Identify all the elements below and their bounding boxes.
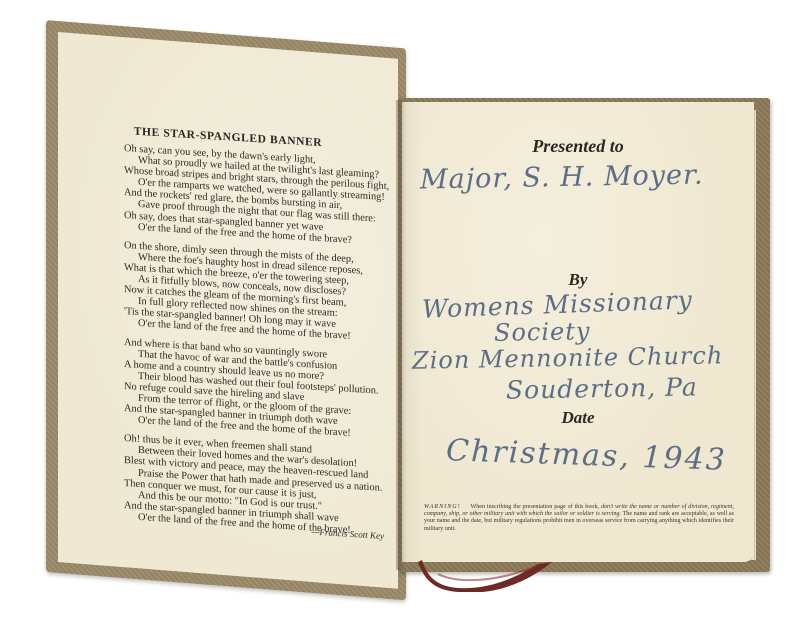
organization-handwriting-line: Souderton, Pa <box>506 372 698 404</box>
warning-notice: WARNING! When inscribing the presentatio… <box>424 504 734 533</box>
open-book-photo: THE STAR-SPANGLED BANNER Oh say, can you… <box>0 0 800 641</box>
date-handwriting: Christmas, 1943 <box>445 433 727 478</box>
poem-stanza: Oh say, can you see, by the dawn's early… <box>124 143 384 248</box>
date-label: Date <box>402 408 754 428</box>
warning-lead: WARNING! <box>424 504 461 510</box>
by-label: By <box>402 270 754 290</box>
presented-to-label: Presented to <box>402 136 754 157</box>
poem-stanza: On the shore, dimly seen through the mis… <box>124 240 384 345</box>
spine-gutter <box>396 100 406 570</box>
bookmark-ribbon-icon <box>418 560 554 592</box>
right-page: Presented to Major, S. H. Moyer. By Wome… <box>402 102 754 562</box>
recipient-handwriting: Major, S. H. Moyer. <box>420 160 704 196</box>
organization-handwriting-line: Society <box>494 317 591 347</box>
left-page: THE STAR-SPANGLED BANNER Oh say, can you… <box>58 32 398 589</box>
organization-handwriting-line: Zion Mennonite Church <box>412 341 724 374</box>
warning-text-part1: When inscribing the presentation page of… <box>470 504 599 510</box>
poem-stanza: And where is that band who so vauntingly… <box>124 337 384 442</box>
poem-text: Oh say, can you see, by the dawn's early… <box>124 143 384 546</box>
